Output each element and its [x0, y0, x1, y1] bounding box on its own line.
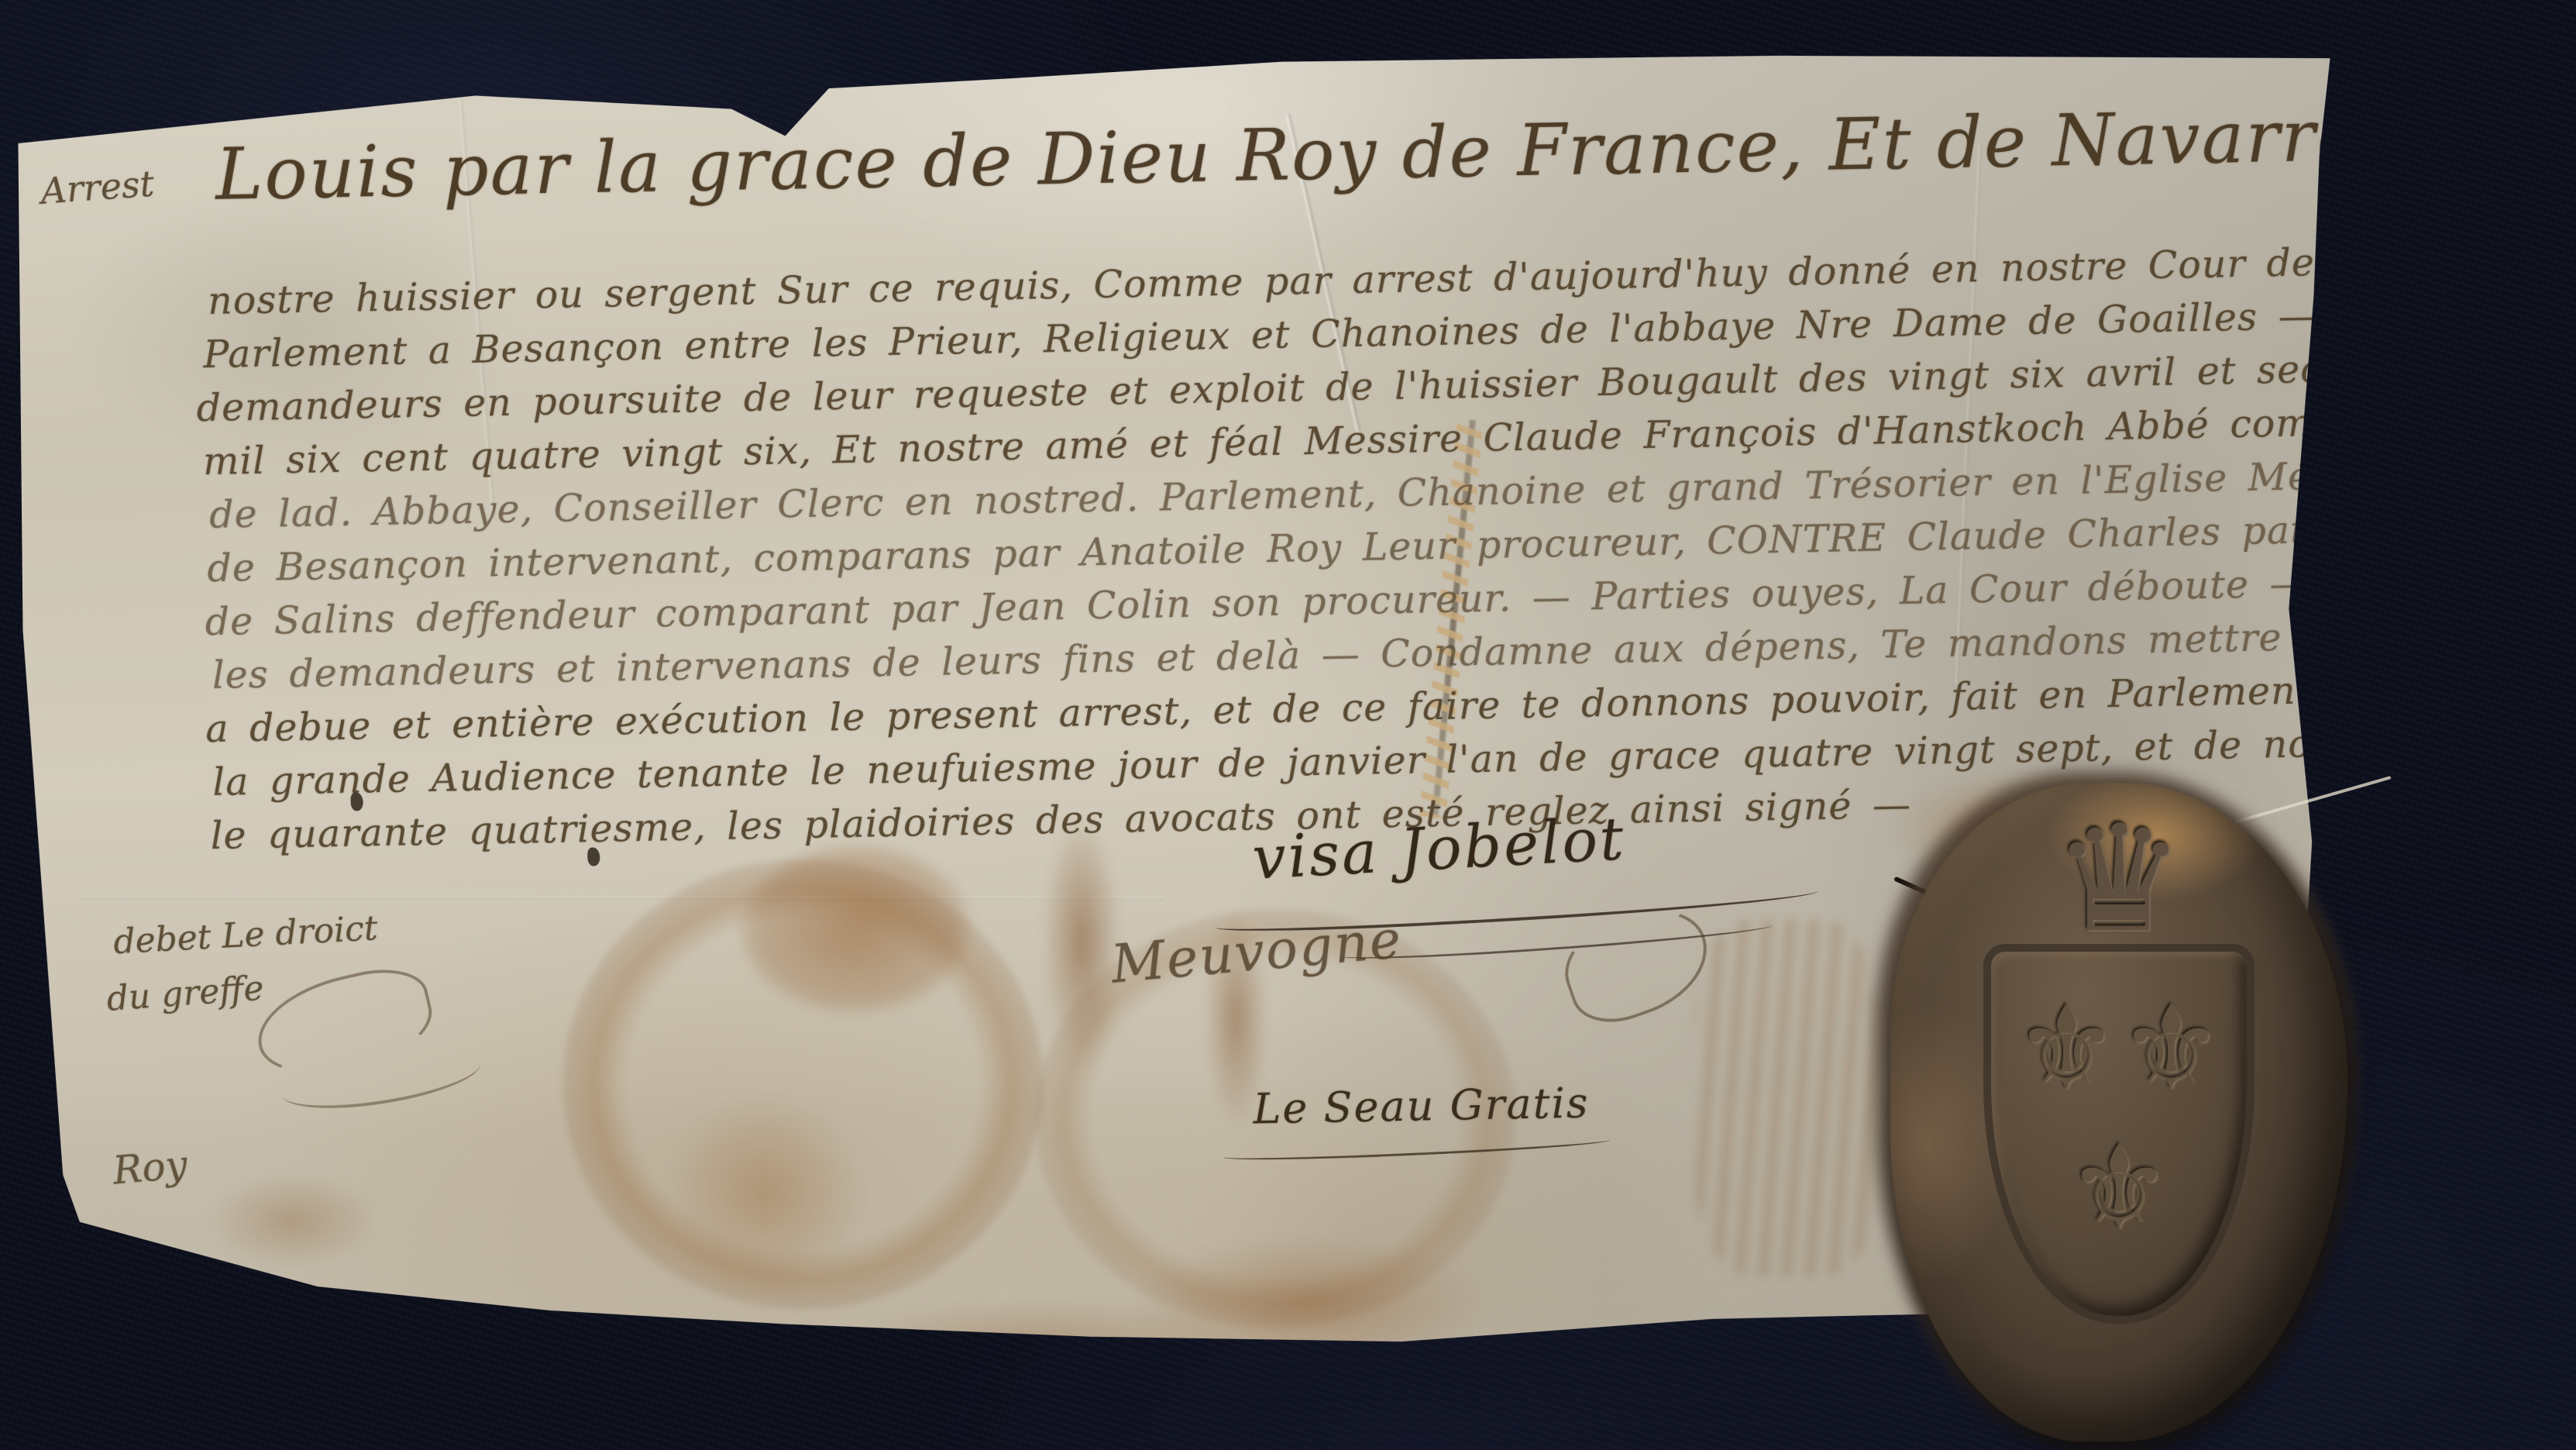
greffe-fee-note-line2: du greffe	[105, 969, 265, 1019]
procureur-note: Roy	[111, 1142, 189, 1193]
royal-wax-seal: ♛ ⚜ ⚜ ⚜	[1890, 783, 2347, 1441]
seal-gratis-note: Le Seau Gratis	[1253, 1079, 1590, 1134]
fleur-de-lis-icon: ⚜	[2067, 1130, 2171, 1246]
fleur-de-lis-icon: ⚜	[2014, 990, 2118, 1107]
greffier-signature: Meuvogne	[1109, 909, 1405, 996]
crown-icon: ♛	[2053, 806, 2185, 953]
fleur-de-lis-icon: ⚜	[2119, 990, 2223, 1107]
royal-intitulation-line: Louis par la grace de Dieu Roy de France…	[215, 85, 2576, 216]
greffe-fee-note-line1: debet Le droict	[112, 908, 379, 962]
margin-annotation: Arrest	[40, 163, 156, 212]
photo-of-parchment-document: Arrest Louis par la grace de Dieu Roy de…	[0, 0, 2576, 1450]
underline-stroke	[1223, 1134, 1610, 1164]
